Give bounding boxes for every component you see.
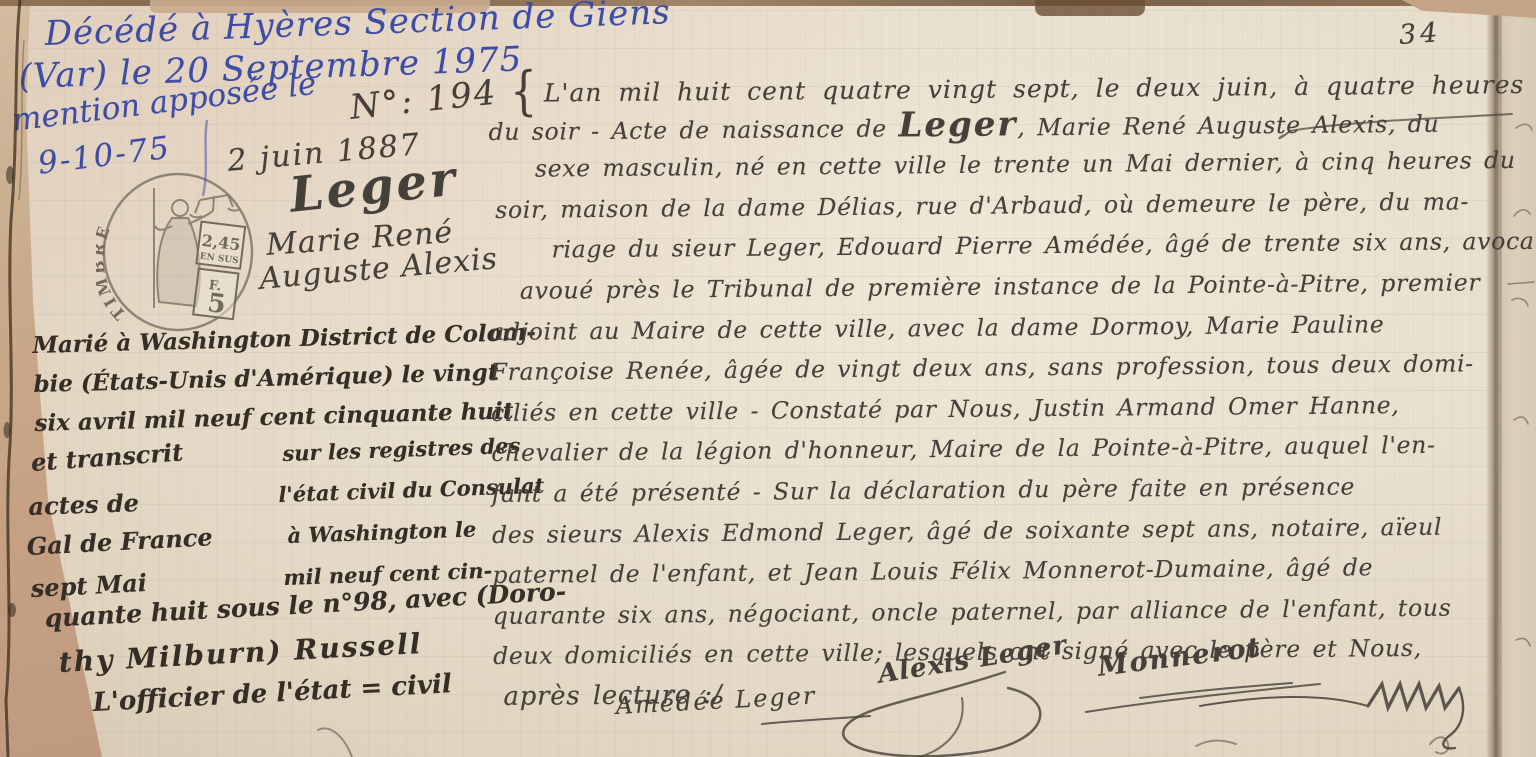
opening-flourish: {	[510, 66, 538, 117]
next-act-fragment	[318, 728, 1448, 757]
marriage-mention-left: sept Mai	[30, 568, 148, 603]
folio-number: 34	[1398, 17, 1442, 51]
register-page: TIMBRE 2,45 EN SUS F. 5 34 Décédé à Hyèr…	[0, 0, 1536, 757]
revenue-stamp: TIMBRE 2,45 EN SUS F. 5	[96, 168, 258, 340]
stamp-value-boxes: 2,45 EN SUS F. 5	[190, 222, 245, 322]
stamp-ring-text: TIMBRE	[96, 221, 129, 323]
child-surname: Leger	[898, 104, 1017, 145]
marriage-mention-spouse: thy Milburn) Russell	[58, 627, 423, 679]
marriage-mention-left: et transcrit	[30, 437, 184, 477]
stamp-value: 5	[206, 288, 228, 320]
amedee-underline	[762, 716, 870, 724]
marriage-mention-left: actes de	[28, 488, 139, 521]
marriage-mention-mid: sur les registres des	[282, 433, 521, 466]
svg-text:TIMBRE: TIMBRE	[96, 221, 129, 323]
act-line-text: du soir - Acte de naissance de	[488, 114, 898, 146]
marriage-mention-officer: L'officier de l'état = civil	[92, 669, 453, 718]
marriage-mention-left: Gal de France	[26, 522, 213, 561]
act-body: {L'an mil huit cent quatre vingt sept, l…	[488, 59, 1508, 717]
act-line-text: , Marie René Auguste Alexis, du	[1017, 109, 1439, 141]
torn-top-edge-dark	[1035, 0, 1145, 16]
marriage-mention-mid: à Washington le	[287, 516, 477, 548]
torn-top-right-corner	[1402, 0, 1536, 18]
marriage-mention-top: Marié à Washington District de Colom- bi…	[32, 313, 538, 443]
